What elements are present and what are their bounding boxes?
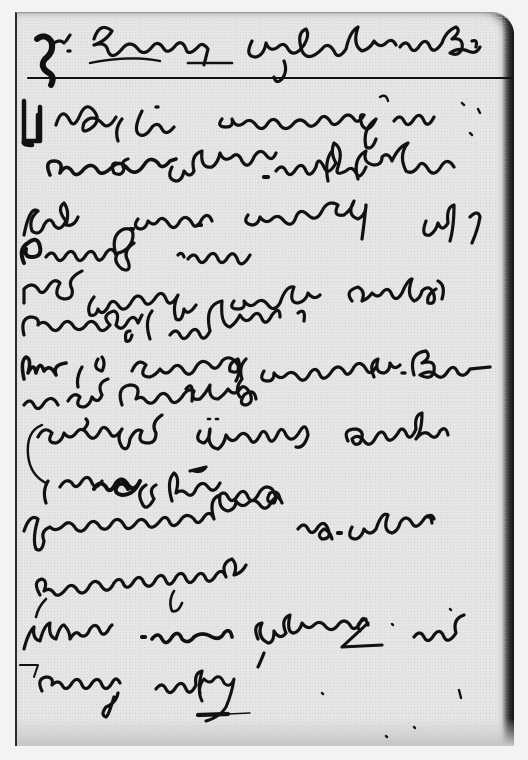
- manuscript-page: ႼႰ. ႭႵႵႶႵ ႳႶႰႵႱႰ ႸႭႵႵ Georgian cursive (…: [15, 12, 514, 746]
- body-line-3: [24, 201, 480, 243]
- body-line-5: [24, 271, 443, 320]
- body-line-4: [22, 229, 250, 270]
- body-line-13: [24, 615, 464, 667]
- body-line-7: [22, 351, 490, 397]
- body-line-10: [44, 467, 280, 507]
- body-line-1: [24, 96, 434, 148]
- handwriting-ink: [17, 13, 514, 746]
- body-line-2: [48, 143, 454, 181]
- body-line-11: [24, 495, 434, 550]
- header-handwriting: [37, 27, 480, 85]
- body-line-9: [28, 413, 448, 483]
- body-line-14: [20, 665, 250, 721]
- body-line-8: [24, 379, 256, 429]
- body-line-12: [36, 559, 246, 617]
- body-line-6: [23, 301, 305, 341]
